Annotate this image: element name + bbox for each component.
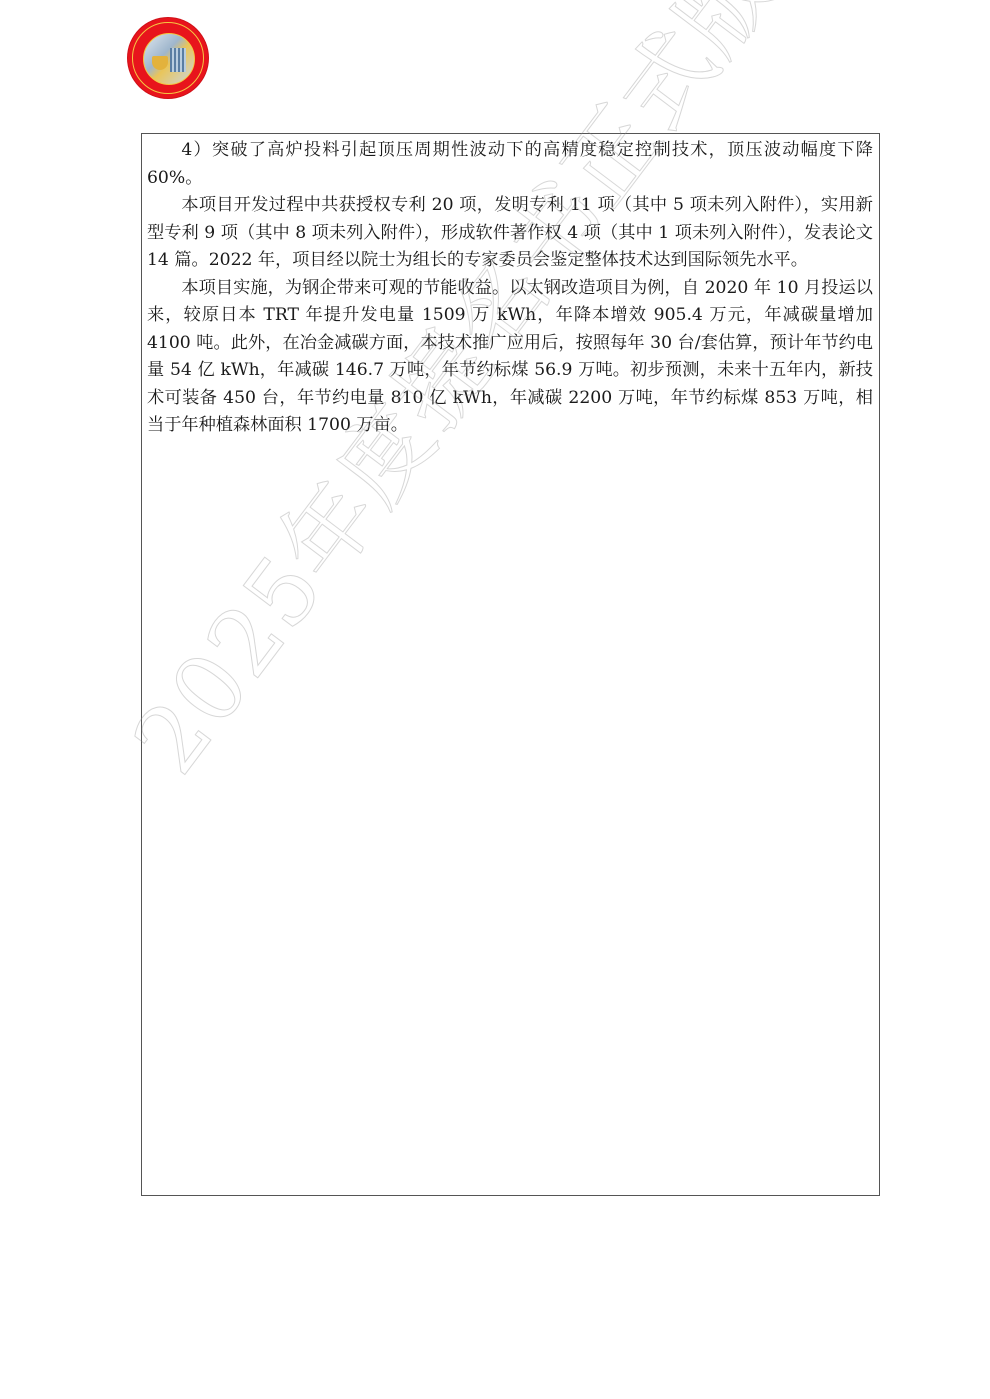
paragraph-benefits: 本项目实施，为钢企带来可观的节能收益。以太钢改造项目为例，自 2020 年 10…: [147, 275, 873, 440]
seal-emblem: [143, 33, 195, 85]
office-seal-logo: [128, 18, 208, 98]
building-icon: [170, 48, 186, 72]
paragraph-patents: 本项目开发过程中共获授权专利 20 项，发明专利 11 项（其中 5 项未列入附…: [147, 192, 873, 275]
document-body: 4）突破了高炉投料引起顶压周期性波动下的高精度稳定控制技术，顶压波动幅度下降 6…: [147, 137, 873, 440]
paragraph-breakthrough: 4）突破了高炉投料引起顶压周期性波动下的高精度稳定控制技术，顶压波动幅度下降 6…: [147, 137, 873, 192]
